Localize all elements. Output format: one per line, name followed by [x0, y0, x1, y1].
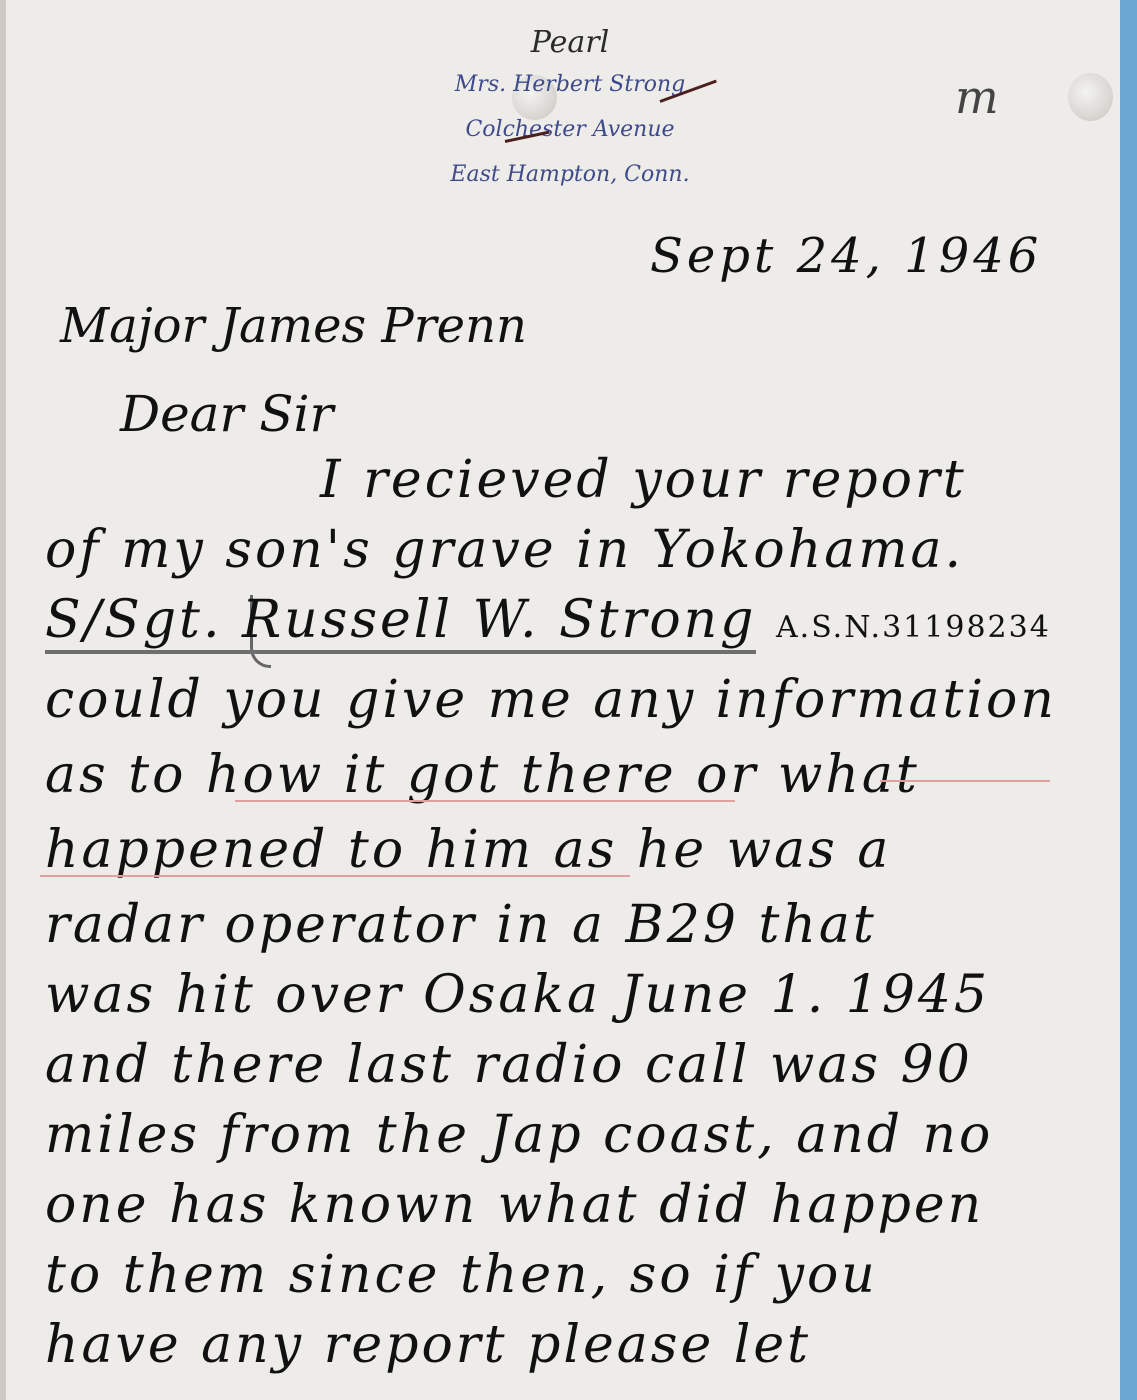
- red-underline: [40, 875, 630, 877]
- letter-date: Sept 24, 1946: [650, 228, 1042, 284]
- letter-page: Pearl Mrs. Herbert Strong Colchester Ave…: [0, 0, 1120, 1400]
- soldier-name: S/Sgt. Russell W. Strong: [45, 590, 756, 654]
- salutation: Dear Sir: [120, 385, 333, 443]
- punch-hole: [1068, 73, 1113, 121]
- body-line: miles from the Jap coast, and no: [45, 1105, 993, 1165]
- letterhead: Pearl Mrs. Herbert Strong Colchester Ave…: [380, 25, 760, 197]
- addressee: Major James Prenn: [60, 298, 527, 354]
- letterhead-city: East Hampton, Conn.: [380, 152, 760, 197]
- body-line: and there last radio call was 90: [45, 1035, 973, 1095]
- body-line: was hit over Osaka June 1. 1945: [45, 965, 990, 1025]
- body-line: to them since then, so if you: [45, 1245, 878, 1305]
- red-underline: [235, 800, 735, 802]
- asn-label: A.S.N.: [776, 610, 882, 645]
- background-edge: [1120, 0, 1137, 1400]
- body-line: of my son's grave in Yokohama.: [45, 520, 964, 580]
- body-line: I recieved your report: [320, 450, 967, 510]
- page-edge-shadow: [0, 0, 6, 1400]
- body-line: have any report please let: [45, 1315, 811, 1375]
- body-line: one has known what did happen: [45, 1175, 984, 1235]
- letterhead-street: Colchester Avenue: [380, 107, 760, 152]
- red-underline: [880, 780, 1050, 782]
- letterhead-handwritten-name: Pearl: [380, 25, 760, 60]
- body-line-soldier-name: S/Sgt. Russell W. Strong A.S.N.31198234: [45, 590, 1051, 650]
- asn-number: 31198234: [882, 610, 1051, 645]
- margin-initial: m: [955, 70, 999, 124]
- body-line: could you give me any information: [45, 670, 1057, 730]
- body-line: happened to him as he was a: [45, 820, 891, 880]
- body-line: radar operator in a B29 that: [45, 895, 877, 955]
- body-line: as to how it got there or what: [45, 745, 920, 805]
